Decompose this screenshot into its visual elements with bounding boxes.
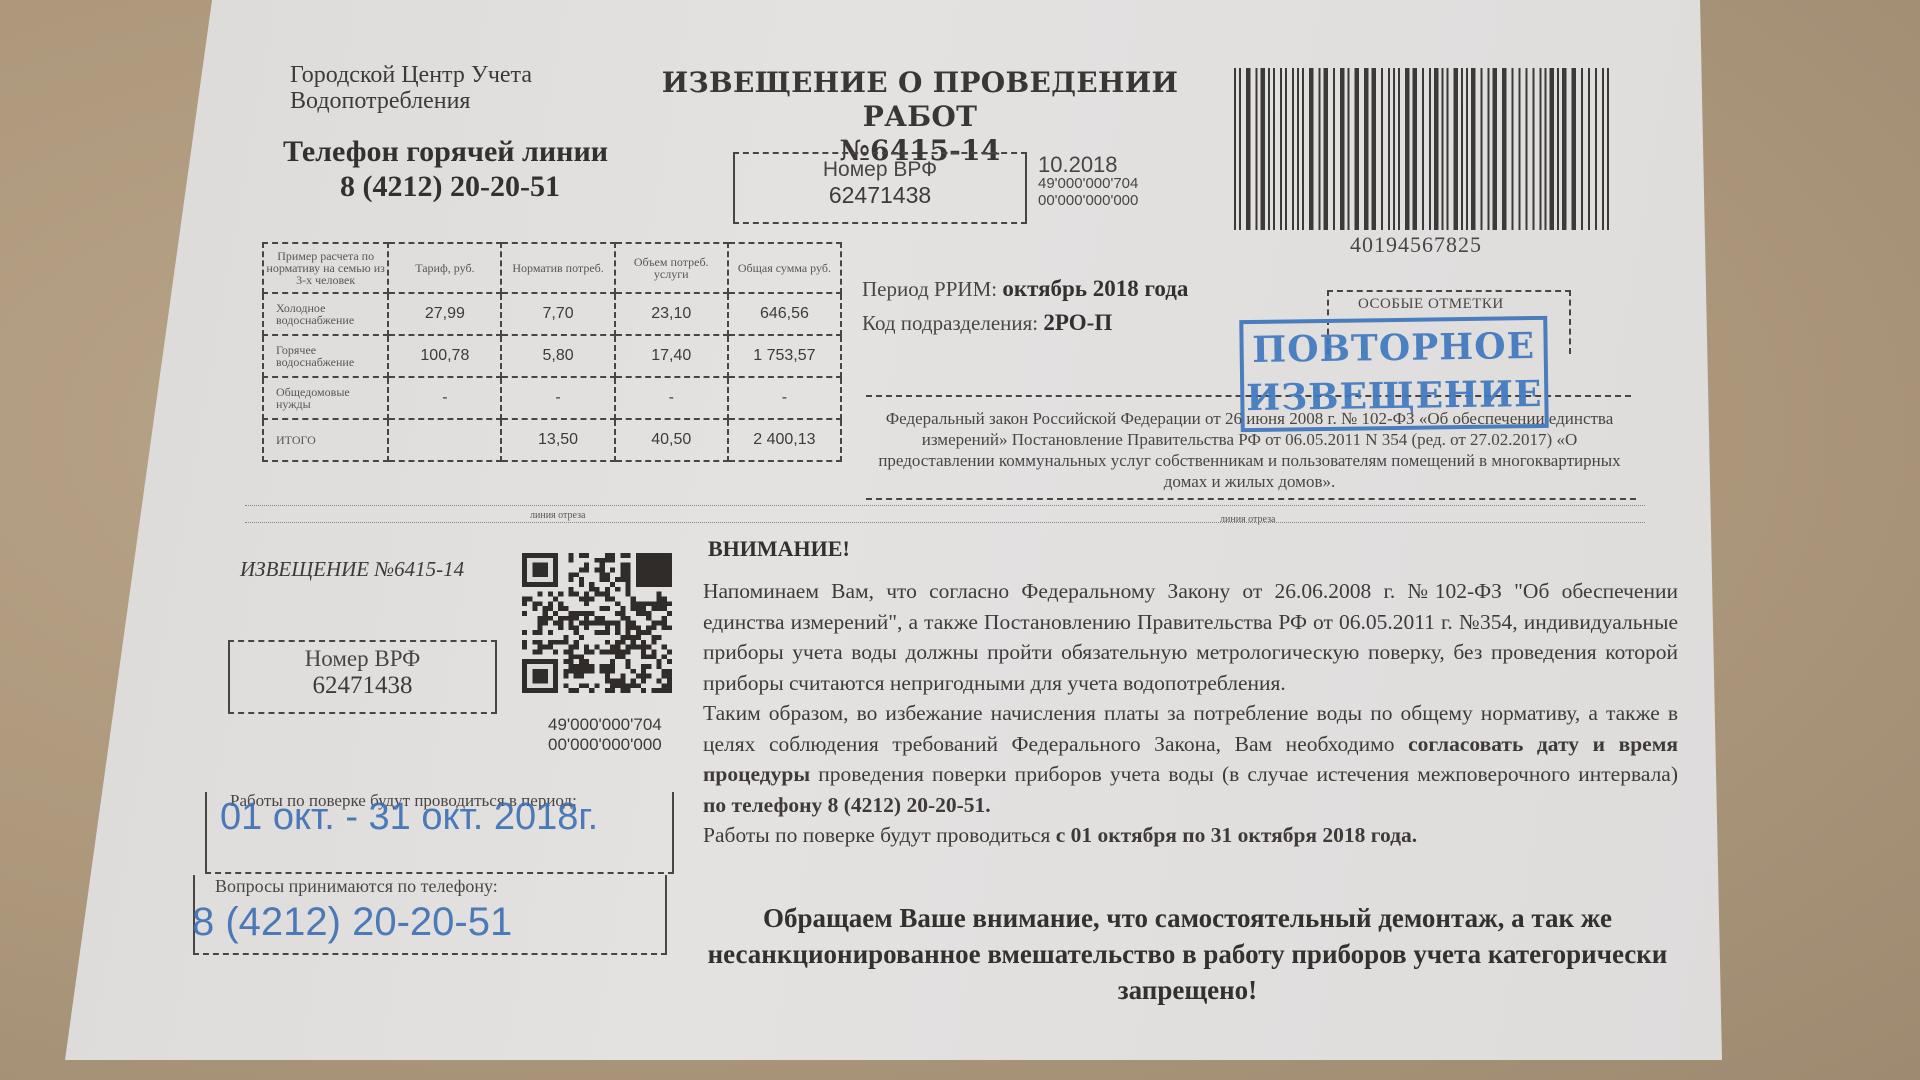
tariff-cell: 27,99: [388, 293, 501, 335]
qr-code-icon: [522, 553, 672, 693]
organization-line-1: Городской Центр Учета: [290, 62, 532, 88]
vrf-number: 62471438: [735, 182, 1025, 209]
tariff-cell: -: [388, 377, 501, 419]
period-value: октябрь 2018 года: [1002, 276, 1188, 301]
stamp-line-1: ПОВТОРНОЕ: [1243, 324, 1544, 372]
stub-vrf-box: Номер ВРФ 62471438: [228, 640, 497, 714]
document-title-line-1: ИЗВЕЩЕНИЕ О ПРОВЕДЕНИИ РАБОТ: [620, 66, 1220, 134]
column-header: Тариф, руб.: [388, 243, 501, 293]
cut-line: [245, 522, 1645, 523]
volume-cell: 40,50: [615, 419, 728, 461]
volume-cell: 17,40: [615, 335, 728, 377]
table-row: Горячее водоснабжение 100,78 5,80 17,40 …: [263, 335, 841, 377]
cut-line: [245, 505, 1645, 506]
law-reference: Федеральный закон Российской Федерации о…: [862, 408, 1637, 492]
norm-cell: -: [501, 377, 614, 419]
vrf-box: Номер ВРФ 62471438: [733, 152, 1027, 224]
tariff-cell: 100,78: [388, 335, 501, 377]
table-row: Общедомовые нужды - - - -: [263, 377, 841, 419]
stub-vrf-label: Номер ВРФ: [230, 646, 495, 672]
barcode-icon: [1232, 68, 1612, 230]
volume-cell: -: [615, 377, 728, 419]
barcode-number: 40194567825: [1350, 232, 1482, 258]
stub-notice-title: ИЗВЕЩЕНИЕ №6415-14: [240, 557, 464, 582]
total-cell: -: [728, 377, 841, 419]
special-marks-label: ОСОБЫЕ ОТМЕТКИ: [1358, 296, 1504, 313]
column-header: Общая сумма руб.: [728, 243, 841, 293]
attention-paragraph-3: Работы по поверке будут проводиться с 01…: [703, 820, 1678, 851]
attention-body: Напоминаем Вам, что согласно Федеральном…: [703, 576, 1678, 851]
questions-phone-label: Вопросы принимаются по телефону:: [215, 876, 498, 897]
norm-cell: 5,80: [501, 335, 614, 377]
hotline-title: Телефон горячей линии: [283, 135, 608, 169]
attention-paragraph-1: Напоминаем Вам, что согласно Федеральном…: [703, 576, 1678, 698]
volume-cell: 23,10: [615, 293, 728, 335]
table-header-row: Пример расчета по нормативу на семью из …: [263, 243, 841, 293]
account-code-1: 49'000'000'704: [1038, 175, 1138, 192]
stub-account-code-2: 00'000'000'000: [548, 735, 662, 755]
attention-paragraph-2: Таким образом, во избежание начисления п…: [703, 698, 1678, 820]
column-header: Пример расчета по нормативу на семью из …: [263, 243, 388, 293]
emphasis-phone: по телефону 8 (4212) 20-20-51.: [703, 793, 991, 817]
column-header: Объем потреб. услуги: [615, 243, 728, 293]
text: Работы по поверке будут проводиться: [703, 823, 1056, 847]
cut-line-label: линия отреза: [1220, 514, 1275, 525]
table-row: Холодное водоснабжение 27,99 7,70 23,10 …: [263, 293, 841, 335]
cut-line-label: линия отреза: [530, 510, 585, 521]
period-label: Период РРИМ:: [862, 277, 997, 301]
total-cell: 2 400,13: [728, 419, 841, 461]
department-line: Код подразделения: 2РО-П: [862, 310, 1112, 336]
row-label: ИТОГО: [263, 419, 388, 461]
tampering-warning: Обращаем Ваше внимание, что самостоятель…: [690, 900, 1685, 1008]
stub-account-code-1: 49'000'000'704: [548, 715, 662, 735]
hotline-number: 8 (4212) 20-20-51: [340, 170, 560, 204]
period-line: Период РРИМ: октябрь 2018 года: [862, 276, 1188, 302]
table-row-total: ИТОГО 13,50 40,50 2 400,13: [263, 419, 841, 461]
row-label: Общедомовые нужды: [263, 377, 388, 419]
emphasis-dates: с 01 октября по 31 октября 2018 года.: [1056, 823, 1417, 847]
row-label: Горячее водоснабжение: [263, 335, 388, 377]
norm-cell: 7,70: [501, 293, 614, 335]
questions-phone-handwritten: 8 (4212) 20-20-51: [192, 900, 512, 945]
stub-vrf-number: 62471438: [230, 672, 495, 700]
work-period-handwritten: 01 окт. - 31 окт. 2018г.: [220, 796, 598, 839]
vrf-label: Номер ВРФ: [735, 158, 1025, 182]
account-code-2: 00'000'000'000: [1038, 192, 1138, 209]
norm-cell: 13,50: [501, 419, 614, 461]
text: проведения поверки приборов учета воды (…: [810, 762, 1678, 786]
attention-title: ВНИМАНИЕ!: [708, 536, 850, 562]
department-value: 2РО-П: [1043, 310, 1112, 335]
organization-line-2: Водопотребления: [290, 88, 532, 114]
tariff-cell: [388, 419, 501, 461]
divider: [866, 498, 1636, 500]
organization-name: Городской Центр Учета Водопотребления: [290, 62, 532, 114]
column-header: Норматив потреб.: [501, 243, 614, 293]
total-cell: 646,56: [728, 293, 841, 335]
total-cell: 1 753,57: [728, 335, 841, 377]
calculation-table: Пример расчета по нормативу на семью из …: [262, 242, 842, 462]
department-label: Код подразделения:: [862, 311, 1038, 335]
row-label: Холодное водоснабжение: [263, 293, 388, 335]
